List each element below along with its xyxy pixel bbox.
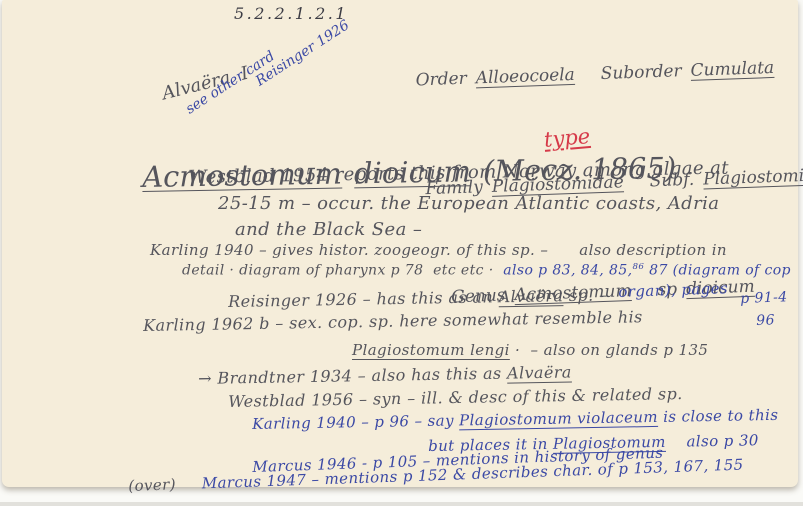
- type-annotation: type: [543, 124, 591, 152]
- note-line: Karling 1940 – p 96 – say Plagiostomum v…: [252, 406, 778, 433]
- note-segment: 86: [632, 262, 644, 272]
- order-value: Alloeocoela: [475, 65, 575, 88]
- scanned-photo: 5.2.2.1.2.1 OrderAlloeocoelaSuborderCumu…: [0, 0, 803, 506]
- note-segment: also p 83, 84, 85,: [494, 263, 633, 279]
- note-line: Karling 1940 – gives histor. zoogeogr. o…: [150, 241, 727, 259]
- card-content: 5.2.2.1.2.1 OrderAlloeocoelaSuborderCumu…: [0, 0, 803, 506]
- note-segment: detail · diagram of pharynx p 78 etc etc…: [182, 263, 494, 279]
- note-segment: Alvaëra: [507, 362, 572, 382]
- note-segment: is close to this: [658, 406, 779, 426]
- order-label: Order: [415, 69, 467, 91]
- note-segment: sp. –: [563, 285, 607, 305]
- note-line: detail · diagram of pharynx p 78 etc etc…: [182, 262, 791, 279]
- note-segment: Plagiostomum lengi: [352, 341, 510, 359]
- note-line: Plagiostomum lengi · – also on glands p …: [352, 341, 708, 359]
- note-segment: organ), pages: [618, 279, 728, 301]
- note-segment: (over): [128, 475, 176, 495]
- note-line: → Brandtner 1934 – also has this as Alva…: [198, 362, 572, 388]
- note-segment: also description in: [548, 241, 727, 259]
- note-line: Westblad 1956 – syn – ill. & desc of thi…: [228, 384, 683, 411]
- index-number: 5.2.2.1.2.1: [234, 4, 348, 23]
- note-segment: Karling 1940 – gives histor. zoogeogr. o…: [150, 241, 548, 259]
- note-segment: → Brandtner 1934 – also has this as: [198, 364, 507, 388]
- note-line: p 91-4: [740, 289, 788, 307]
- note-segment: Karling 1940 – p 96 – say: [252, 411, 459, 433]
- note-line: 96: [756, 312, 775, 329]
- note-segment: Plagiostomum violaceum: [459, 408, 658, 429]
- note-segment: 25-15 m – occur. the European Atlantic c…: [218, 193, 719, 214]
- suborder-value: Cumulata: [690, 58, 774, 81]
- note-segment: Alvaëra: [498, 286, 563, 306]
- note-line: organ), pages: [618, 279, 728, 301]
- suborder-label: Suborder: [600, 61, 682, 84]
- note-segment: and the Black Sea –: [235, 219, 422, 240]
- note-line: and the Black Sea –: [235, 219, 422, 240]
- note-segment: also p 30: [666, 431, 759, 451]
- note-segment: p 91-4: [740, 289, 788, 307]
- note-segment: · – also on glands p 135: [510, 341, 709, 359]
- taxonomy-order-line: OrderAlloeocoelaSuborderCumulata: [371, 36, 803, 112]
- note-segment: 87 (diagram of cop: [644, 263, 791, 279]
- note-line: 25-15 m – occur. the European Atlantic c…: [218, 193, 719, 214]
- note-segment: Westblad 1956 – syn – ill. & desc of thi…: [228, 384, 683, 411]
- note-segment: 96: [756, 312, 775, 329]
